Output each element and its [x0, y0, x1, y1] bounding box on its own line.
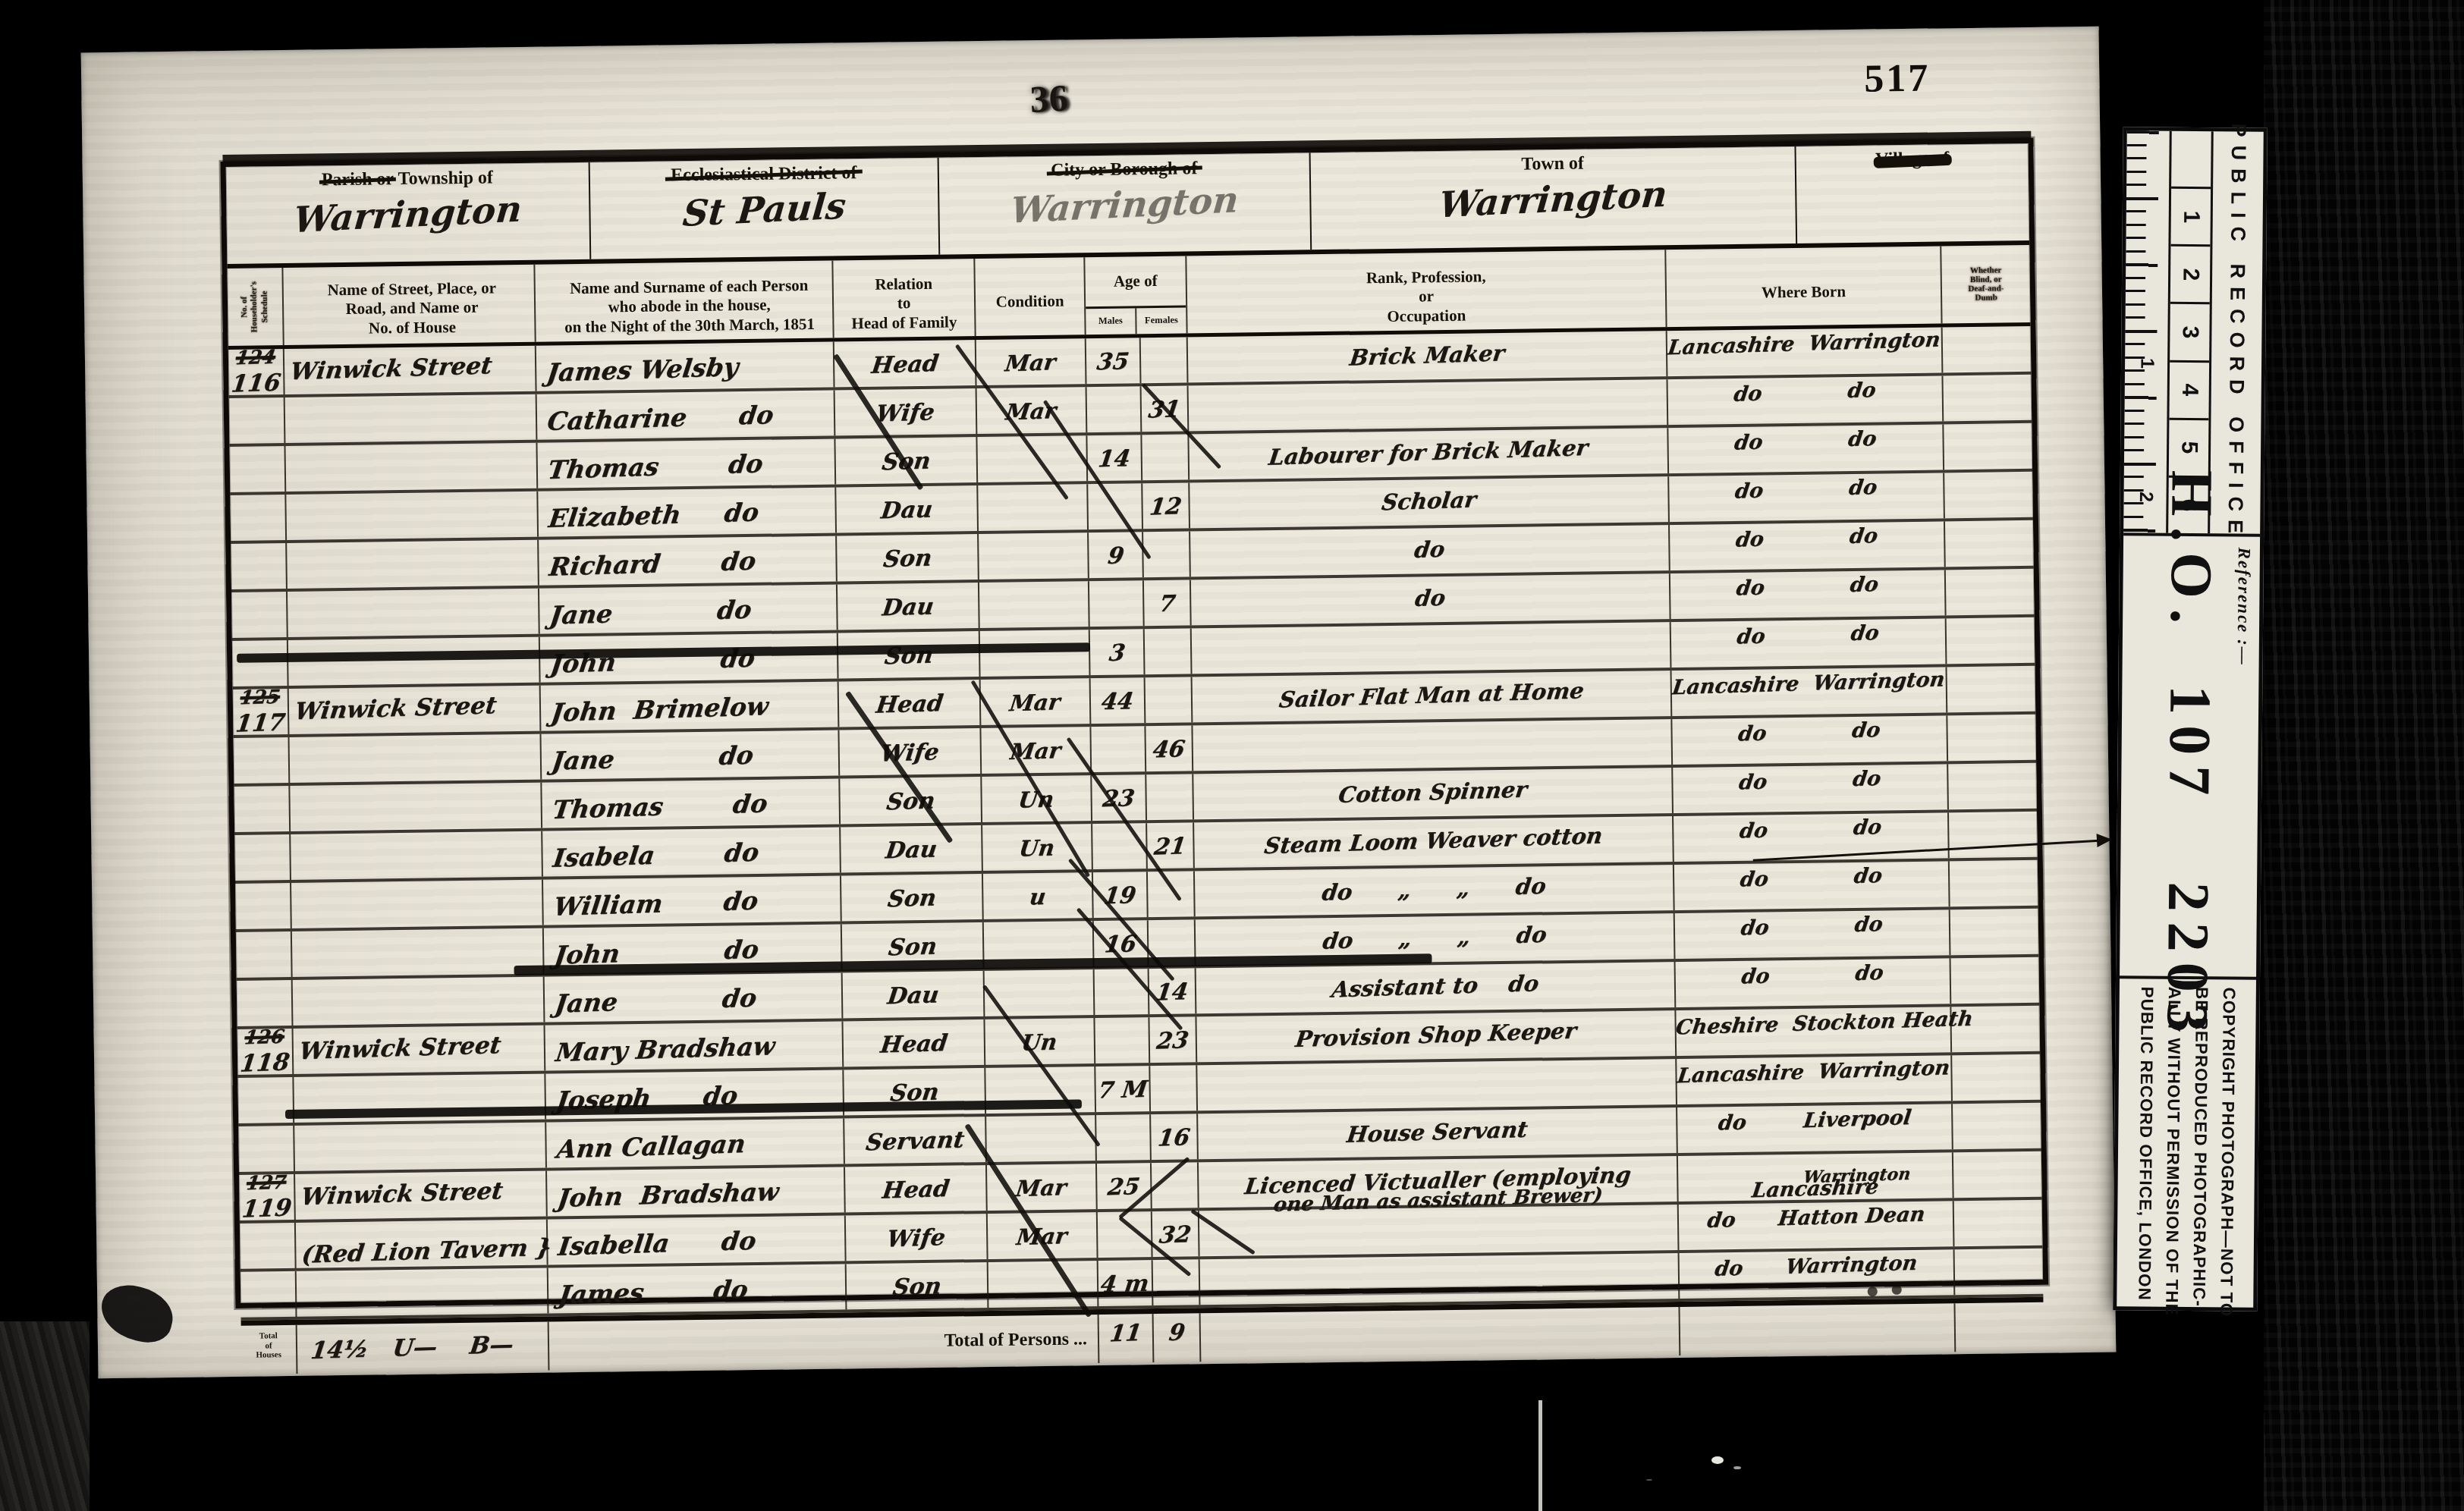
cell-where-born: do do [1673, 861, 1949, 910]
cell-age-male [1095, 1114, 1150, 1161]
cell-street: Winwick Street [292, 1026, 545, 1074]
person-name: Isabella do [556, 1226, 758, 1261]
cell-age-male: 35 [1085, 338, 1140, 384]
cell-age-female [1139, 337, 1187, 383]
ink-blot [96, 1280, 178, 1348]
relation-value: Wife [875, 399, 936, 427]
relation-value: Son [887, 933, 938, 961]
cell-age-male [1089, 726, 1145, 772]
cell-name: Isabela do [541, 827, 840, 876]
cell-where-born: do Warrington [1678, 1249, 1954, 1299]
age-male-value: 7 M [1096, 1076, 1149, 1104]
cell-condition: Un [983, 1018, 1094, 1065]
cell-age-female: 12 [1141, 482, 1189, 529]
cell-street [295, 1268, 548, 1317]
relation-value: Head [874, 690, 944, 719]
person-name: John Bradshaw [556, 1176, 781, 1213]
schedule-number-struck: 125 [231, 685, 289, 708]
born-value: do do [1737, 718, 1882, 746]
cell-condition: Mar [975, 338, 1086, 385]
cell-blind-deaf [1953, 1249, 2044, 1296]
total-houses-label: Total of Houses [241, 1325, 297, 1374]
relation-value: Wife [885, 1224, 947, 1252]
born-value: do Liverpool [1717, 1106, 1912, 1136]
cell-where-born: do Liverpool [1676, 1104, 1952, 1153]
cell-street [291, 977, 544, 1026]
cell-name: John Bradshaw [545, 1167, 844, 1216]
cell-schedule: 127 119 [239, 1174, 294, 1220]
total-houses-value: 14½ U— B— [296, 1322, 548, 1374]
cell-age-male: 7 M [1094, 1066, 1149, 1112]
ecclesiastical-value: St Pauls [589, 181, 940, 240]
cell-schedule [232, 640, 288, 686]
schedule-number-struck: 124 [227, 345, 284, 369]
born-value: do do [1733, 476, 1878, 504]
schedule-number: 118 [236, 1048, 294, 1077]
cell-where-born: do do [1672, 812, 1948, 862]
person-name: Jane do [548, 595, 754, 630]
occupation-value [1199, 1260, 1678, 1274]
cell-occupation [1199, 1253, 1679, 1305]
cell-blind-deaf [1945, 617, 2035, 664]
cell-relation: Wife [834, 388, 976, 435]
cell-condition [985, 1115, 1095, 1162]
condition-value: Mar [1015, 1174, 1069, 1202]
film-edge-texture [2264, 0, 2464, 1511]
cell-age-female: 46 [1144, 725, 1192, 771]
cell-where-born: do do [1670, 715, 1947, 765]
person-name: William do [552, 886, 760, 922]
cell-name: Catharine do [536, 391, 834, 440]
cell-age-male [1091, 823, 1146, 869]
age-male-value: 3 [1107, 639, 1126, 667]
cell-relation: Son [845, 1262, 988, 1309]
col-age-males: Males [1086, 308, 1135, 335]
cell-age-female [1144, 677, 1192, 723]
cell-relation: Son [835, 534, 978, 581]
cell-schedule [234, 737, 289, 784]
age-male-value: 44 [1100, 688, 1135, 715]
born-value: do Hatton Dean [1705, 1202, 1926, 1233]
cell-where-born: Cheshire Stockton Heath [1674, 1007, 1950, 1056]
col-relation: Relation to Head of Family [831, 259, 974, 338]
house-name-value [293, 554, 538, 562]
cell-condition: u [982, 872, 1092, 919]
occupation-value: Steam Loom Weaver cotton [1193, 823, 1674, 859]
cell-schedule [229, 446, 284, 492]
cell-occupation [1198, 1205, 1678, 1256]
cell-age-male: 25 [1095, 1163, 1151, 1209]
house-name-value [298, 943, 543, 950]
person-name: Thomas do [546, 448, 765, 485]
house-name-value [294, 603, 539, 611]
occupation-value-line2 [1191, 627, 1670, 642]
cell-name: Ann Callagan [545, 1118, 844, 1167]
age-female-value: 21 [1152, 833, 1187, 860]
person-name: Mary Bradshaw [554, 1031, 777, 1067]
born-value: Lancashire Warrington [1671, 668, 1947, 699]
cell-age-female [1143, 628, 1191, 674]
col-age-females: Females [1135, 307, 1186, 334]
cell-occupation: Provision Shop Keeper [1195, 1010, 1675, 1062]
cell-relation: Son [837, 631, 979, 678]
house-name-value [291, 409, 536, 416]
borough-header: City or Borough of Warrington [938, 152, 1311, 254]
village-header: Village of [1794, 143, 2029, 243]
occupation-value-line2 [1199, 1210, 1677, 1224]
person-name: Ann Callagan [555, 1129, 747, 1164]
reference-label: Reference :— [2233, 547, 2254, 669]
cell-where-born: do do [1671, 764, 1947, 813]
folio-number-right: 517 [1864, 56, 1931, 102]
cell-name: Jane do [543, 972, 842, 1022]
cell-relation: Son [840, 874, 982, 921]
schedule-number: 116 [227, 369, 285, 397]
born-value: do do [1740, 961, 1885, 989]
cell-street: Winwick Street [283, 346, 536, 394]
relation-value: Dau [879, 496, 934, 524]
cell-name: Thomas do [536, 439, 834, 488]
cell-blind-deaf [1951, 1103, 2041, 1150]
cell-condition: Un [980, 775, 1091, 822]
cell-street: Winwick Street [288, 686, 540, 734]
cell-blind-deaf [1941, 375, 2032, 422]
relation-value: Dau [884, 836, 938, 864]
cell-street [286, 589, 539, 637]
schedule-number-struck: 126 [236, 1025, 294, 1048]
occupation-value: Assistant to do [1194, 969, 1676, 1005]
cell-blind-deaf [1953, 1200, 2043, 1247]
cell-where-born: do do [1674, 958, 1950, 1007]
town-label: Town of [1521, 154, 1584, 174]
cell-age-male: 44 [1089, 677, 1145, 724]
condition-value: Un [1018, 834, 1057, 861]
cell-schedule [234, 834, 290, 881]
house-name-value [297, 894, 542, 902]
cell-schedule [236, 931, 291, 978]
cell-blind-deaf [1946, 715, 2036, 762]
cell-schedule [240, 1271, 296, 1318]
cell-occupation [1187, 379, 1667, 431]
cell-name: Jane do [539, 730, 838, 780]
age-male-value: 4 m [1099, 1271, 1151, 1299]
relation-value: Son [886, 884, 938, 913]
cell-age-male [1093, 969, 1149, 1015]
folio-number-center: 36 [1029, 76, 1069, 121]
ecclesiastical-header: Ecclesiastical District of St Pauls [589, 158, 939, 259]
cell-where-born: do Hatton Dean [1677, 1201, 1953, 1250]
cell-where-born: Lancashire Warrington [1670, 667, 1947, 716]
cell-occupation: Assistant to do [1195, 962, 1675, 1013]
cell-schedule [234, 786, 289, 832]
occupation-value [1193, 726, 1671, 740]
parish-label: Township of [394, 168, 493, 189]
cell-where-born: do do [1666, 375, 1942, 425]
cell-name: James Welsby [535, 342, 834, 391]
col-age: Age of Males Females [1083, 256, 1186, 335]
film-speck [1711, 1456, 1724, 1464]
cell-schedule [235, 883, 291, 929]
person-name: Catharine do [545, 400, 775, 436]
person-name: Jane do [550, 740, 756, 776]
age-female-value: 32 [1158, 1221, 1193, 1249]
cell-blind-deaf [1943, 472, 2033, 519]
cell-relation: Wife [844, 1214, 987, 1261]
relation-value: Son [891, 1273, 943, 1301]
village-label: Village of [1875, 149, 1949, 170]
condition-value: Mar [1008, 689, 1062, 716]
col-blind-deaf: Whether Blind, or Deaf-and- Dumb [1940, 245, 2030, 324]
cell-age-male [1088, 580, 1143, 627]
census-table: Parish or Township of Warrington Ecclesi… [221, 138, 2049, 1308]
town-value: Warrington [1309, 168, 1796, 233]
cell-blind-deaf [1950, 1006, 2040, 1053]
person-name: Jane do [553, 983, 759, 1019]
cell-blind-deaf [1942, 423, 2032, 470]
inch-label-2: 2 [2135, 492, 2157, 502]
cell-blind-deaf [1950, 1054, 2041, 1101]
occupation-value-line2 [1199, 1258, 1678, 1273]
cell-relation: Dau [834, 485, 977, 532]
person-name: James Welsby [545, 352, 740, 388]
cell-schedule [240, 1223, 295, 1269]
col-name: Name and Surname of each Person who abod… [533, 261, 832, 342]
occupation-value: Sailor Flat Man at Home [1190, 677, 1672, 714]
cell-age-female [1149, 1065, 1196, 1111]
age-male-value: 14 [1097, 445, 1132, 473]
occupation-value [1191, 629, 1670, 643]
occupation-value-line2 [1197, 1064, 1676, 1079]
schedule-number: 119 [237, 1194, 296, 1223]
cell-street [284, 492, 537, 540]
cell-name: Richard do [537, 536, 836, 586]
cell-relation: Dau [839, 825, 982, 872]
cell-name: Jane do [538, 585, 837, 634]
cell-street [284, 443, 536, 492]
cell-where-born: Warrington Lancashire [1677, 1152, 1953, 1202]
age-male-value: 35 [1095, 348, 1130, 375]
cell-occupation: Cotton Spinner [1192, 768, 1672, 819]
cell-schedule: 126 118 [237, 1029, 293, 1075]
born-value: Cheshire Stockton Heath [1674, 1007, 1974, 1040]
cell-occupation [1191, 719, 1671, 771]
cell-blind-deaf [1941, 326, 2032, 373]
born-value: do do [1737, 767, 1882, 795]
cell-age-female [1145, 774, 1193, 820]
occupation-value: House Servant [1196, 1114, 1678, 1151]
col-condition: Condition [973, 257, 1084, 336]
cell-age-female: 23 [1148, 1016, 1196, 1063]
street-value: Winwick Street [300, 1177, 504, 1211]
cell-occupation: do [1189, 525, 1669, 576]
house-name-value [295, 749, 540, 756]
cell-blind-deaf [1948, 860, 2038, 907]
cell-street: (Red Lion Tavern } [294, 1220, 547, 1268]
borough-value: Warrington [938, 176, 1312, 236]
occupation-value: do „ „ do [1193, 872, 1675, 908]
relation-value: Son [882, 545, 933, 573]
col-street: Name of Street, Place, or Road, and Name… [281, 265, 534, 345]
cell-blind-deaf [1947, 812, 2038, 859]
occupation-value: do [1190, 580, 1671, 617]
cell-occupation: Sailor Flat Man at Home [1191, 671, 1671, 722]
cell-schedule: 125 117 [233, 689, 288, 735]
cell-street [288, 783, 541, 831]
total-persons-females: 9 [1152, 1313, 1200, 1362]
house-name-value [292, 506, 537, 514]
cell-street [290, 880, 542, 928]
cell-condition [979, 630, 1089, 677]
house-name-value [297, 846, 542, 853]
born-value: Lancashire Warrington [1676, 1056, 1951, 1088]
cell-street [289, 831, 542, 880]
age-male-value: 9 [1106, 542, 1125, 570]
house-name-value [296, 797, 541, 805]
cell-blind-deaf [1949, 909, 2039, 956]
cell-age-male: 3 [1089, 629, 1144, 675]
cell-relation: Dau [841, 971, 984, 1018]
occupation-value: Provision Shop Keeper [1195, 1017, 1677, 1054]
occupation-value: Cotton Spinner [1192, 774, 1674, 811]
relation-value: Head [878, 1030, 949, 1059]
born-value: do do [1735, 573, 1880, 601]
street-value: Winwick Street [293, 692, 498, 725]
cell-relation: Head [838, 680, 980, 727]
cell-occupation: Licenced Victualler (employing one Man a… [1197, 1156, 1677, 1208]
cell-relation: Servant [843, 1117, 985, 1164]
house-name-value: (Red Lion Tavern } [300, 1234, 548, 1269]
cell-name: Isabella do [546, 1215, 845, 1264]
schedule-number: 117 [231, 708, 290, 737]
age-female-value: 16 [1156, 1124, 1191, 1151]
film-corner-texture [0, 1321, 90, 1511]
person-name: James do [557, 1274, 750, 1310]
person-name: Thomas do [551, 788, 769, 825]
inch-label-1: 1 [2136, 358, 2158, 369]
born-value: do do [1738, 815, 1883, 843]
cell-occupation: Brick Maker [1186, 331, 1667, 382]
house-name-value [300, 1088, 545, 1096]
cell-occupation: Scholar [1188, 476, 1668, 528]
cell-where-born: do do [1674, 909, 1950, 959]
street-value: Winwick Street [297, 1032, 502, 1065]
person-name: Elizabeth do [547, 497, 761, 533]
age-female-value: 7 [1158, 590, 1177, 617]
born-value: do do [1733, 379, 1878, 407]
cell-schedule [229, 397, 284, 444]
cell-street [284, 394, 536, 443]
cell-where-born: do do [1667, 473, 1944, 522]
occupation-value-line2 [1193, 724, 1671, 739]
cell-condition [976, 484, 1087, 531]
born-value: Lancashire Warrington [1667, 328, 1942, 360]
cell-relation: Head [841, 1019, 984, 1066]
total-persons-label: Total of Persons ... [548, 1315, 1098, 1370]
relation-value: Dau [886, 982, 941, 1010]
parish-label-struck: Parish or [322, 169, 394, 190]
cell-where-born: do do [1668, 521, 1944, 570]
cell-relation: Head [844, 1165, 986, 1212]
cell-schedule [231, 592, 287, 638]
relation-value: Head [869, 350, 940, 379]
age-female-value: 46 [1152, 736, 1186, 763]
cell-schedule [238, 1126, 294, 1172]
born-value: do do [1736, 621, 1881, 649]
cell-name: Mary Bradshaw [544, 1021, 843, 1070]
cell-name: William do [542, 875, 841, 925]
occupation-value: Brick Maker [1186, 338, 1667, 374]
cell-age-female: 7 [1142, 580, 1190, 626]
cell-name: James do [547, 1264, 846, 1313]
street-value: Winwick Street [289, 352, 494, 385]
cell-occupation: do „ „ do [1193, 865, 1674, 916]
house-name-value [299, 991, 544, 999]
born-value: do Warrington [1714, 1252, 1919, 1281]
cell-condition: Mar [985, 1164, 1096, 1211]
table-rows: 124 116 Winwick Street James Welsby Head… [228, 326, 2044, 1321]
person-name: Isabela do [552, 837, 761, 872]
cell-relation: Dau [836, 583, 979, 630]
cell-occupation: Steam Loom Weaver cotton [1193, 816, 1673, 868]
occupation-value: Scholar [1188, 483, 1670, 520]
cell-name: Thomas do [540, 778, 839, 828]
cell-blind-deaf [1947, 763, 2037, 810]
cell-age-female [1152, 1259, 1199, 1305]
ecclesiastical-label: Ecclesiastical District of [671, 163, 857, 186]
born-value: do do [1733, 427, 1878, 455]
occupation-value: Labourer for Brick Maker [1187, 435, 1669, 471]
cell-occupation [1190, 622, 1670, 674]
cell-blind-deaf [1944, 520, 2034, 567]
cell-where-born: Lancashire Warrington [1666, 327, 1942, 376]
house-name-value [303, 1283, 548, 1290]
age-male-value: 25 [1106, 1173, 1141, 1201]
age-female-value: 12 [1148, 493, 1183, 520]
cell-age-female [1146, 871, 1194, 917]
col-occupation: Rank, Profession, or Occupation [1185, 250, 1665, 333]
cell-street [288, 734, 541, 783]
cell-occupation: House Servant [1196, 1107, 1677, 1159]
relation-value: Dau [881, 593, 935, 621]
parish-header: Parish or Township of Warrington [226, 162, 590, 264]
cell-schedule [231, 543, 286, 589]
cell-schedule [237, 980, 292, 1026]
cell-relation: Wife [838, 728, 980, 775]
cell-age-male: 4 m [1097, 1260, 1152, 1306]
cell-occupation [1196, 1059, 1676, 1110]
cell-blind-deaf [1944, 569, 2035, 616]
house-name-value [291, 457, 536, 465]
cell-where-born: Lancashire Warrington [1675, 1055, 1951, 1104]
occupation-value [1199, 1211, 1677, 1226]
born-value: do do [1739, 864, 1884, 892]
schedule-number-struck: 127 [237, 1170, 295, 1194]
pro-reference-card: 1 2 1 2 3 4 5 6 PUBLIC RECORD OFFICE H.O… [2113, 127, 2268, 1312]
film-scratch [1538, 1400, 1542, 1511]
relation-value: Head [881, 1176, 951, 1205]
cell-condition [977, 532, 1088, 580]
cell-street [293, 1123, 545, 1171]
parish-value: Warrington [225, 185, 591, 244]
born-value: do do [1734, 524, 1879, 552]
cell-name: Elizabeth do [536, 488, 835, 537]
cell-condition [978, 581, 1089, 628]
cell-schedule [230, 495, 285, 541]
occupation-value: do [1189, 532, 1670, 568]
borough-label: City or Borough of [1051, 159, 1197, 181]
cell-blind-deaf [1950, 957, 2040, 1004]
total-persons-males: 11 [1098, 1314, 1153, 1363]
